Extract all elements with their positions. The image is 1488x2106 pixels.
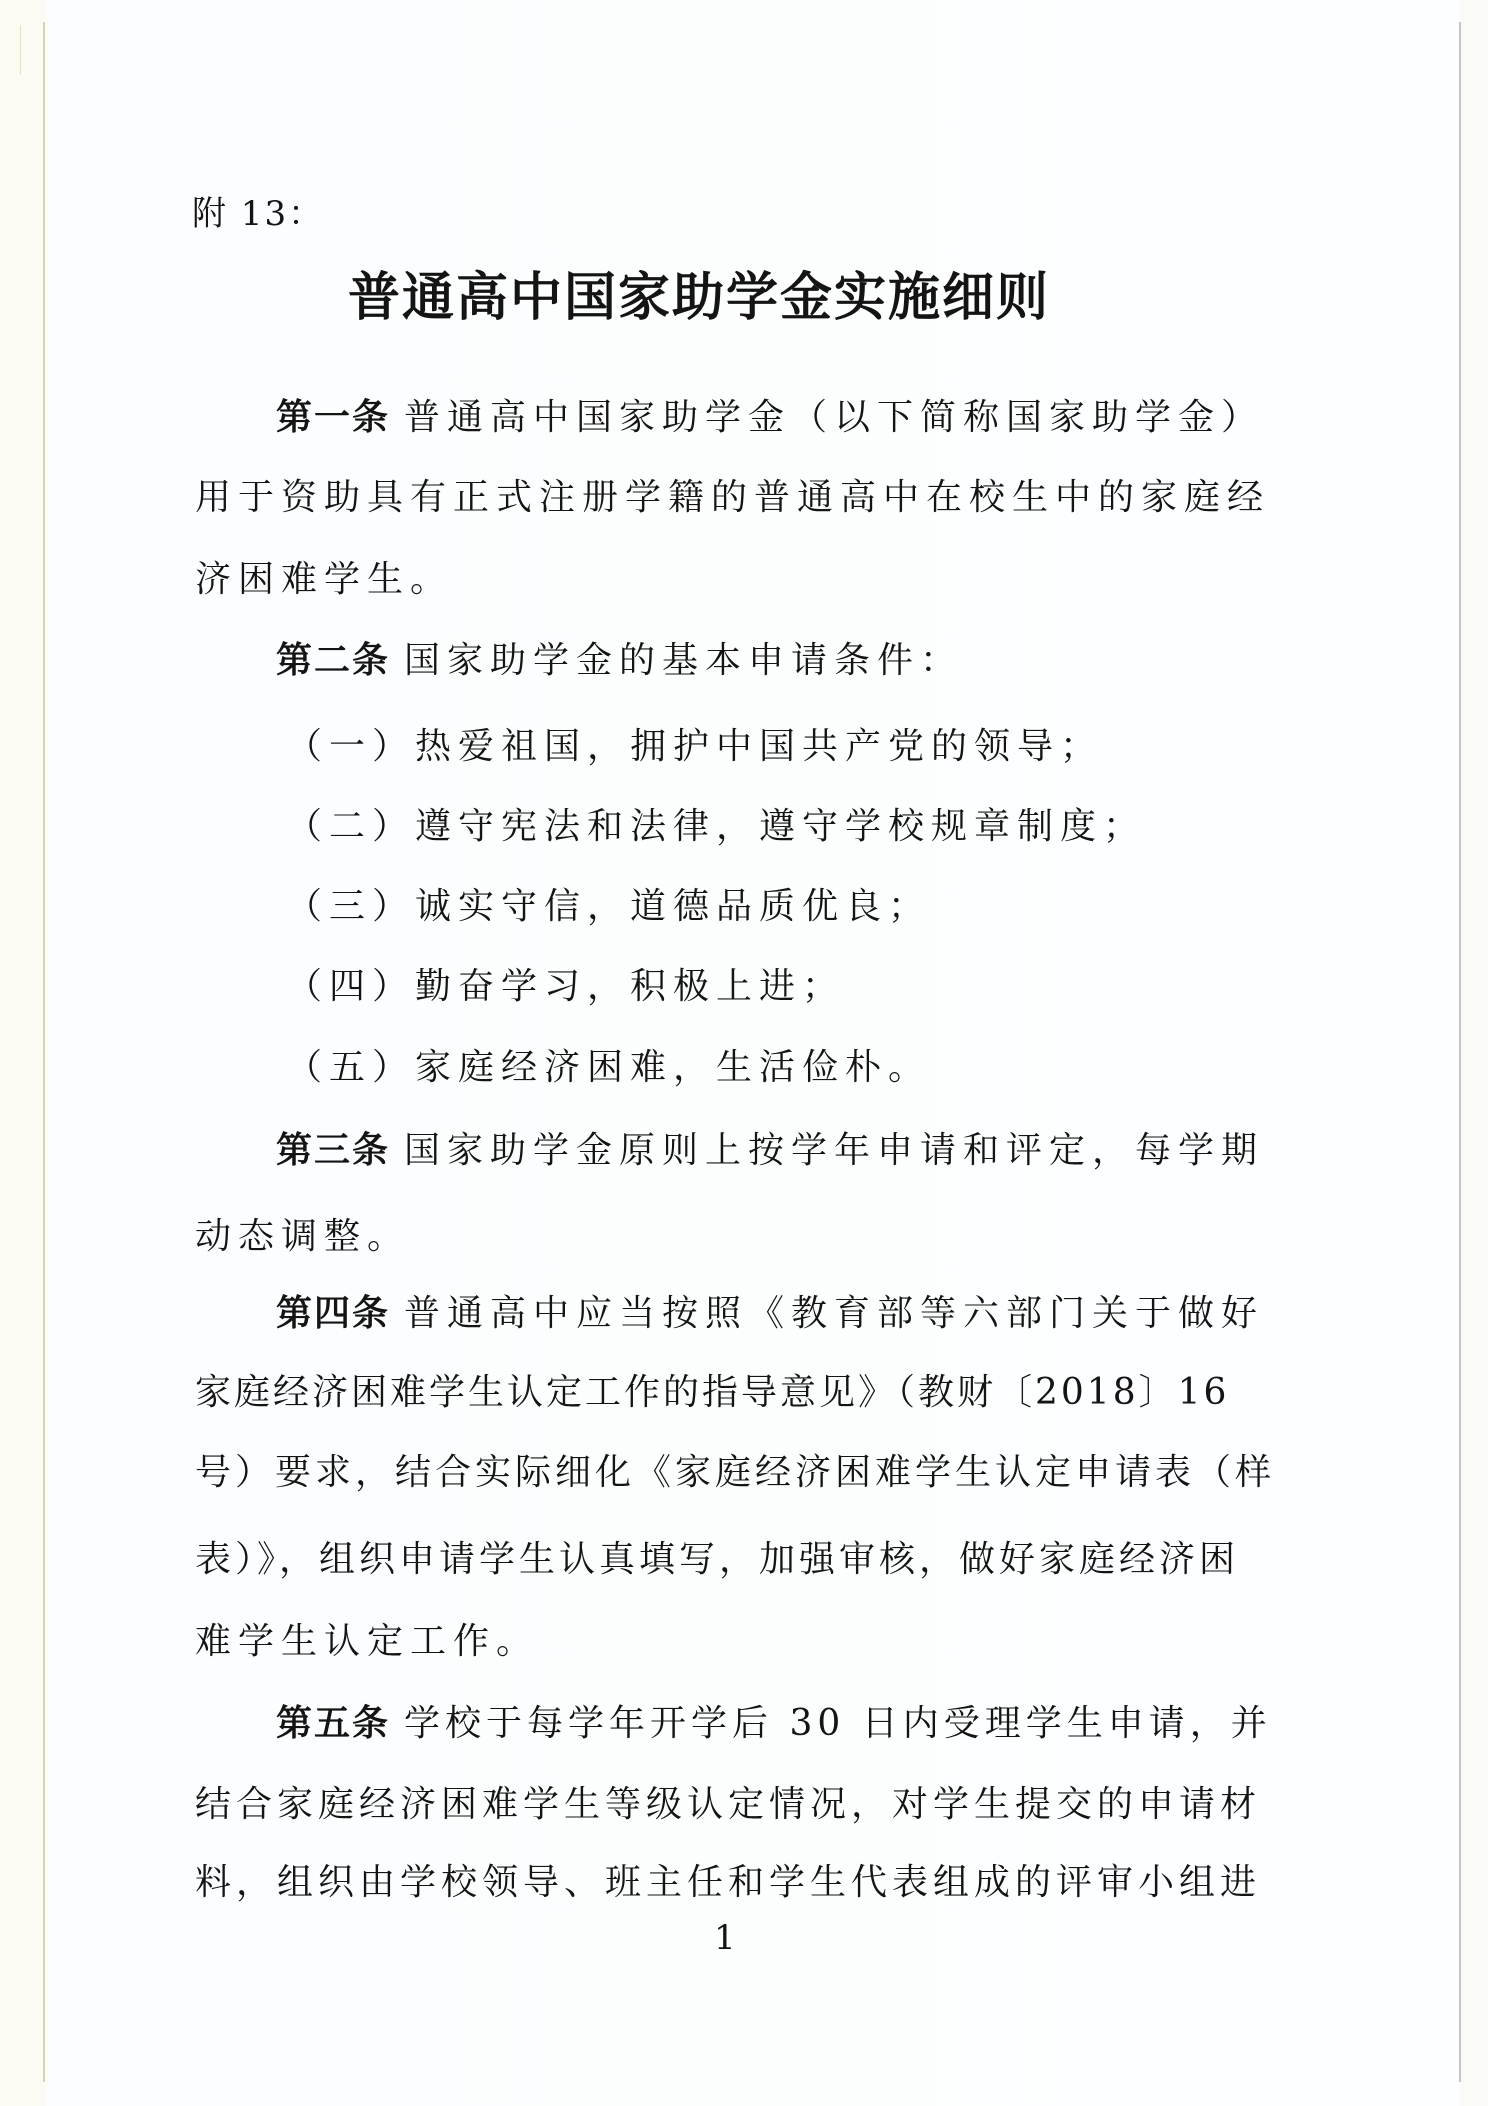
left-margin-line bbox=[43, 22, 45, 2082]
scanned-page: 附 13： 普通高中国家助学金实施细则 第一条普通高中国家助学金（以下简称国家助… bbox=[0, 0, 1488, 2106]
article-5-line-2: 结合家庭经济困难学生等级认定情况，对学生提交的申请材 bbox=[195, 1783, 1261, 1827]
article-4-line-5: 难学生认定工作。 bbox=[195, 1620, 539, 1664]
scan-edge-line bbox=[20, 25, 21, 75]
article-1-line-2: 用于资助具有正式注册学籍的普通高中在校生中的家庭经 bbox=[195, 476, 1270, 520]
condition-item-3: （三）诚实守信，道德品质优良； bbox=[286, 885, 931, 929]
condition-item-1: （一）热爱祖国，拥护中国共产党的领导； bbox=[286, 725, 1103, 769]
article-heading: 第三条 bbox=[276, 1129, 390, 1171]
article-heading: 第二条 bbox=[276, 639, 390, 681]
condition-item-5: （五）家庭经济困难，生活俭朴。 bbox=[286, 1046, 931, 1090]
body-text: 学校于每学年开学后 30 日内受理学生申请，并 bbox=[404, 1703, 1272, 1744]
right-margin-line bbox=[1459, 22, 1461, 2082]
article-1-line-1: 第一条普通高中国家助学金（以下简称国家助学金） bbox=[276, 395, 1264, 439]
body-text: 国家助学金的基本申请条件： bbox=[404, 640, 963, 681]
article-heading: 第五条 bbox=[276, 1702, 390, 1744]
body-text: 国家助学金原则上按学年申请和评定，每学期 bbox=[404, 1130, 1264, 1171]
article-4-line-2: 家庭经济困难学生认定工作的指导意见》（教财〔2018〕16 bbox=[195, 1371, 1229, 1415]
article-4-line-4: 表）》，组织申请学生认真填写，加强审核，做好家庭经济困 bbox=[195, 1538, 1239, 1582]
body-text: 普通高中应当按照《教育部等六部门关于做好 bbox=[404, 1293, 1264, 1334]
article-1-line-3: 济困难学生。 bbox=[195, 558, 453, 602]
article-5-line-3: 料，组织由学校领导、班主任和学生代表组成的评审小组进 bbox=[195, 1861, 1261, 1905]
page-number: 1 bbox=[714, 1918, 736, 1958]
article-4-line-1: 第四条普通高中应当按照《教育部等六部门关于做好 bbox=[276, 1291, 1264, 1335]
article-5-line-1: 第五条学校于每学年开学后 30 日内受理学生申请，并 bbox=[276, 1701, 1272, 1745]
annex-label: 附 13： bbox=[192, 194, 324, 234]
article-4-line-3: 号）要求，结合实际细化《家庭经济困难学生认定申请表（样 bbox=[195, 1451, 1275, 1495]
document-title: 普通高中国家助学金实施细则 bbox=[348, 266, 1068, 330]
article-3-line-2: 动态调整。 bbox=[195, 1215, 410, 1259]
body-text: 普通高中国家助学金（以下简称国家助学金） bbox=[404, 397, 1264, 438]
article-3-line-1: 第三条国家助学金原则上按学年申请和评定，每学期 bbox=[276, 1128, 1264, 1172]
article-heading: 第一条 bbox=[276, 396, 390, 438]
article-heading: 第四条 bbox=[276, 1292, 390, 1334]
condition-item-2: （二）遵守宪法和法律，遵守学校规章制度； bbox=[286, 805, 1146, 849]
condition-item-4: （四）勤奋学习，积极上进； bbox=[286, 965, 845, 1009]
article-2-line-1: 第二条国家助学金的基本申请条件： bbox=[276, 638, 963, 682]
